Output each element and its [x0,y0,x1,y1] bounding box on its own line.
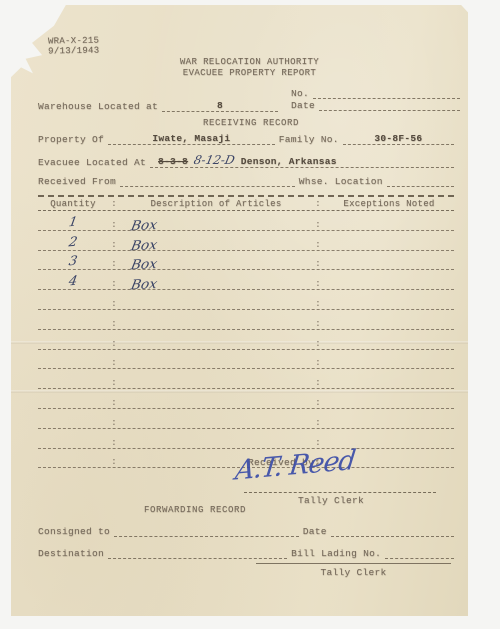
tally-clerk-signature-line [256,551,451,564]
evacuee-located-label: Evacuee Located At [38,157,146,168]
receiving-table: Quantity : Description of Articles : Exc… [38,195,454,468]
warehouse-label: Warehouse Located at [38,101,158,112]
column-separator-icon: : [108,358,120,368]
signature-line [244,480,436,493]
property-of-value: Iwate, Masaji [152,133,230,144]
column-separator-icon: : [312,438,324,448]
column-separator-icon: : [312,199,324,209]
receiving-table-rows: 1 : Box : 2 : Box : 3 : Box : 4 : Box : … [38,211,454,468]
forwarding-record-heading: FORWARDING RECORD [95,505,295,515]
column-separator-icon: : [108,457,120,467]
table-row: 3 : Box : [38,251,454,271]
table-row: 1 : Box : [38,211,454,231]
cell-quantity: 1 [36,212,110,233]
table-row: : : [38,330,454,350]
column-separator-icon: : [108,418,120,428]
column-separator-icon: : [108,319,120,329]
cell-quantity [37,464,108,470]
warehouse-input-line: 8 [162,99,278,112]
table-row: 4 : Box : [38,270,454,290]
date-label: Date [291,100,315,111]
evacuee-struck-value: 8-3-8 [158,156,188,167]
form-code-block: WRA-X-215 9/13/1943 [48,36,100,57]
whse-location-input-line [387,174,454,187]
consigned-to-input-line [114,524,299,537]
org-title: WAR RELOCATION AUTHORITY [31,57,468,68]
evacuee-located-input-line: 8-3-8 8-12-D Denson, Arkansas [150,153,454,168]
evacuee-hand-value: 8-12-D [193,153,237,167]
column-separator-icon: : [108,299,120,309]
document-paper: WRA-X-215 9/13/1943 WAR RELOCATION AUTHO… [11,5,468,616]
tally-clerk-label: Tally Clerk [298,495,364,506]
form-date: 9/13/1943 [48,46,99,57]
table-row: : : [38,350,454,370]
property-of-label: Property Of [38,134,104,145]
warehouse-value: 8 [217,100,223,111]
table-row: : : [38,369,454,389]
table-row: : : [38,409,454,429]
column-separator-icon: : [108,378,120,388]
col-header-exceptions: Exceptions Noted [324,199,454,209]
document-title: WAR RELOCATION AUTHORITY EVACUEE PROPERT… [11,57,468,79]
received-from-field: Received From Whse. Location [38,174,454,187]
table-row: : : [38,290,454,310]
forward-date-label: Date [303,526,327,537]
column-separator-icon: : [108,199,120,209]
col-header-quantity: Quantity [38,199,108,209]
receiving-record-heading: RECEIVING RECORD [91,118,411,128]
consigned-to-label: Consigned to [38,526,110,537]
warehouse-field: Warehouse Located at 8 [38,99,278,112]
family-no-input-line: 30-8F-56 [343,132,454,145]
destination-label: Destination [38,548,104,559]
column-separator-icon: : [312,378,324,388]
column-separator-icon: : [312,279,324,289]
family-no-value: 30-8F-56 [374,133,422,144]
date-input-line [319,98,460,111]
table-row: : : [38,310,454,330]
whse-location-label: Whse. Location [299,176,383,187]
column-separator-icon: : [108,438,120,448]
table-row: : : [38,389,454,409]
column-separator-icon: : [108,339,120,349]
column-separator-icon: : [312,299,324,309]
date-field: Date [291,98,460,111]
receiving-table-header: Quantity : Description of Articles : Exc… [38,195,454,211]
cell-quantity: 3 [36,251,110,272]
evacuee-typed-value: Denson, Arkansas [241,156,337,167]
report-title: EVACUEE PROPERTY REPORT [31,68,468,79]
evacuee-located-field: Evacuee Located At 8-3-8 8-12-D Denson, … [38,153,454,168]
column-separator-icon: : [312,418,324,428]
column-separator-icon: : [312,339,324,349]
column-separator-icon: : [312,358,324,368]
property-of-field: Property Of Iwate, Masaji Family No. 30-… [38,132,454,145]
table-row: 2 : Box : [38,231,454,251]
received-from-input-line [120,174,295,187]
received-from-label: Received From [38,176,116,187]
column-separator-icon: : [108,398,120,408]
col-header-description: Description of Articles [120,199,312,209]
cell-quantity: 2 [36,232,110,253]
tally-clerk-label-bottom: Tally Clerk [256,567,451,578]
cell-quantity: 4 [36,271,110,292]
forward-date-input-line [331,524,454,537]
consigned-to-field: Consigned to Date [38,524,454,537]
property-of-input-line: Iwate, Masaji [108,132,275,145]
column-separator-icon: : [312,398,324,408]
family-no-label: Family No. [279,134,339,145]
scan-background: { "colors": { "paper": "#eae1c8", "backg… [0,0,500,629]
column-separator-icon: : [312,319,324,329]
